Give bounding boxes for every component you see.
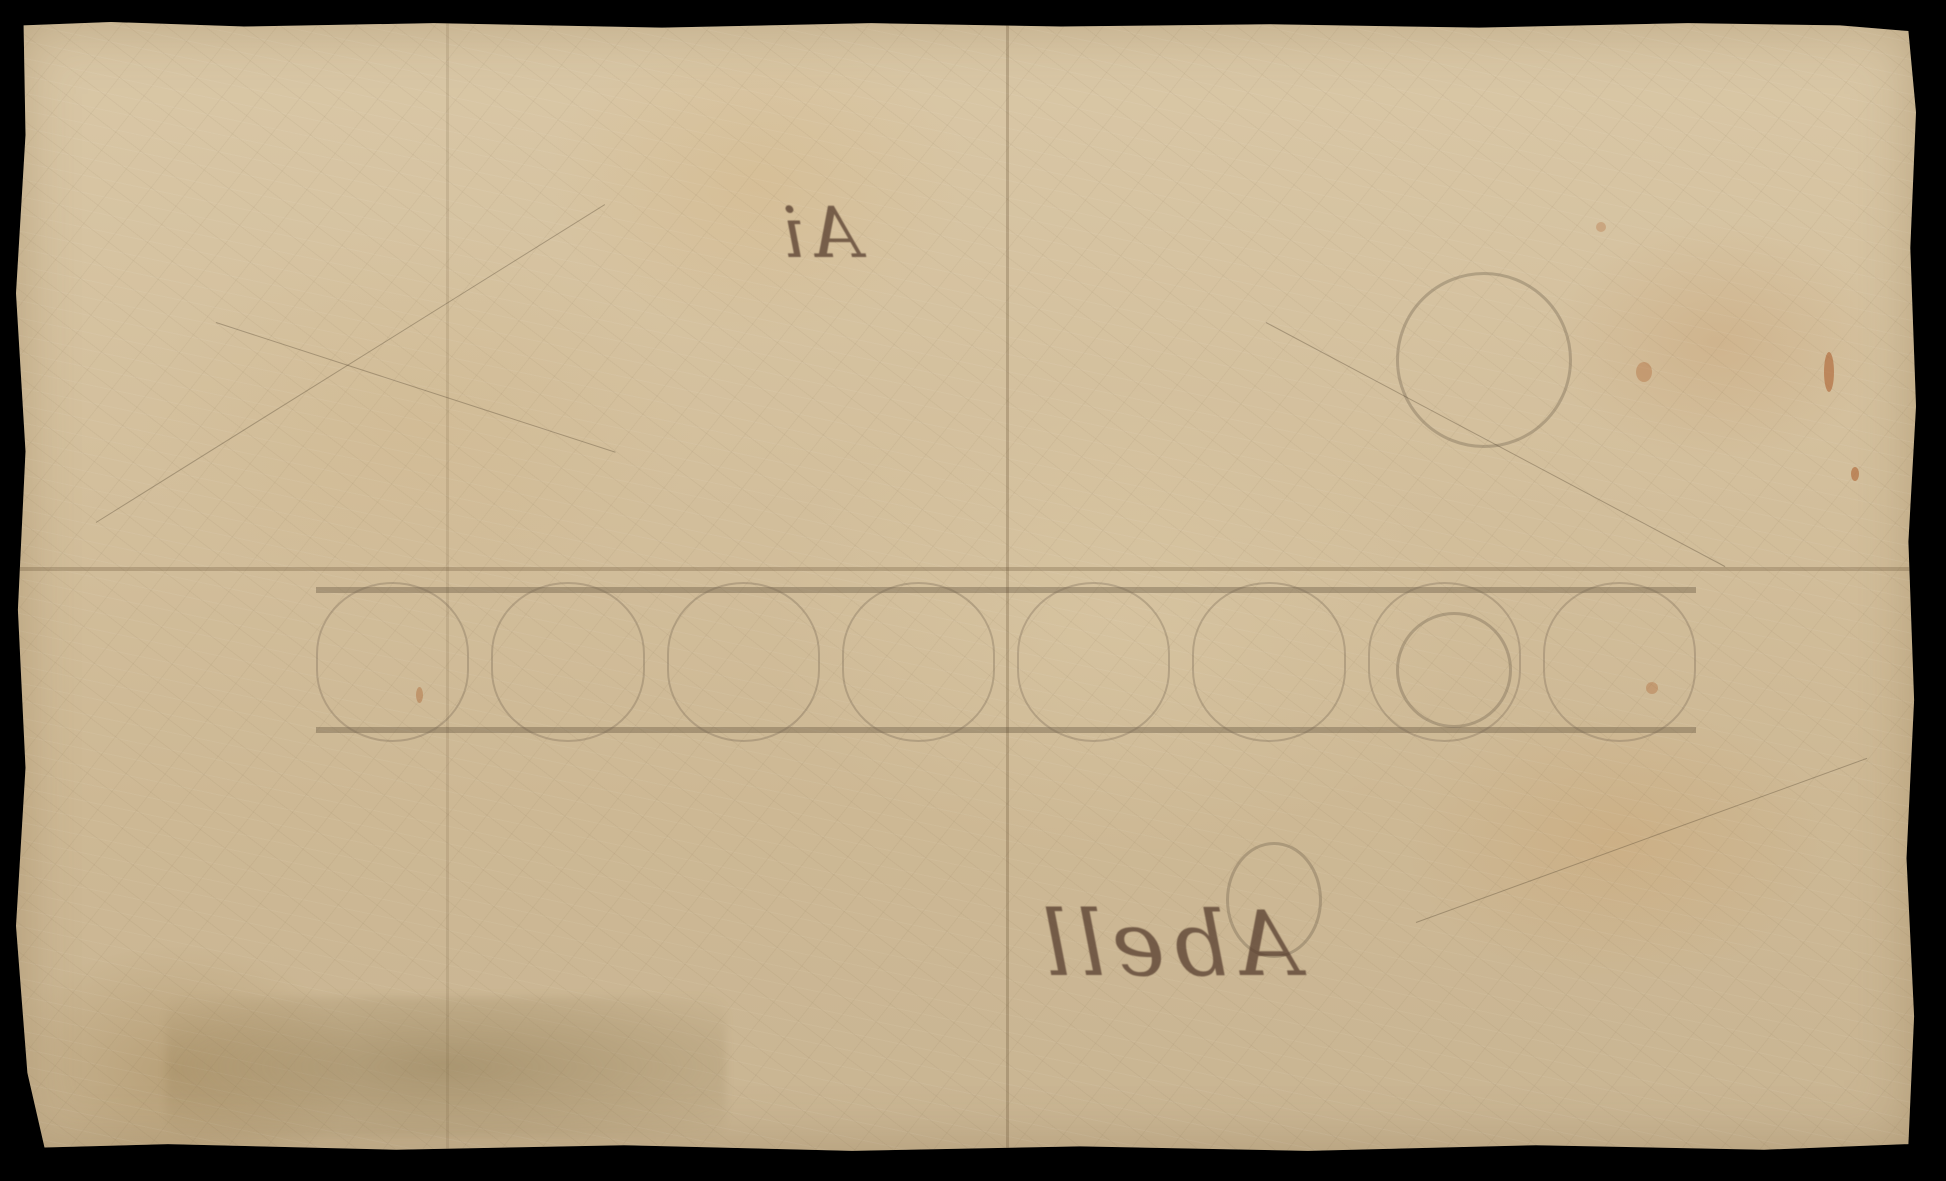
ghost-oval [491,582,644,742]
ghost-oval [667,582,820,742]
bleed-through-ring [1396,612,1512,728]
faded-stamp-area [166,997,726,1137]
banknote-paper: Ai Abell [16,22,1916,1152]
ghost-oval [1017,582,1170,742]
bleed-through-ring [1396,272,1572,448]
paper-crease [1416,758,1867,923]
horizontal-fold-line [16,567,1916,571]
rust-stain [416,687,423,703]
bleed-through-signature-bottom: Abell [1036,892,1299,997]
rust-stain [1646,682,1658,694]
rust-stain [1824,352,1834,392]
paper-crease [96,204,605,523]
rust-stain [1636,362,1652,382]
ghost-oval [1543,582,1696,742]
paper-crease [216,322,616,453]
ghost-oval [842,582,995,742]
image-canvas: Ai Abell [0,0,1946,1181]
rust-stain [1596,222,1606,232]
bleed-through-signature-top: Ai [776,192,861,274]
ghost-oval [1192,582,1345,742]
rust-stain [1851,467,1859,481]
ghost-oval [316,582,469,742]
